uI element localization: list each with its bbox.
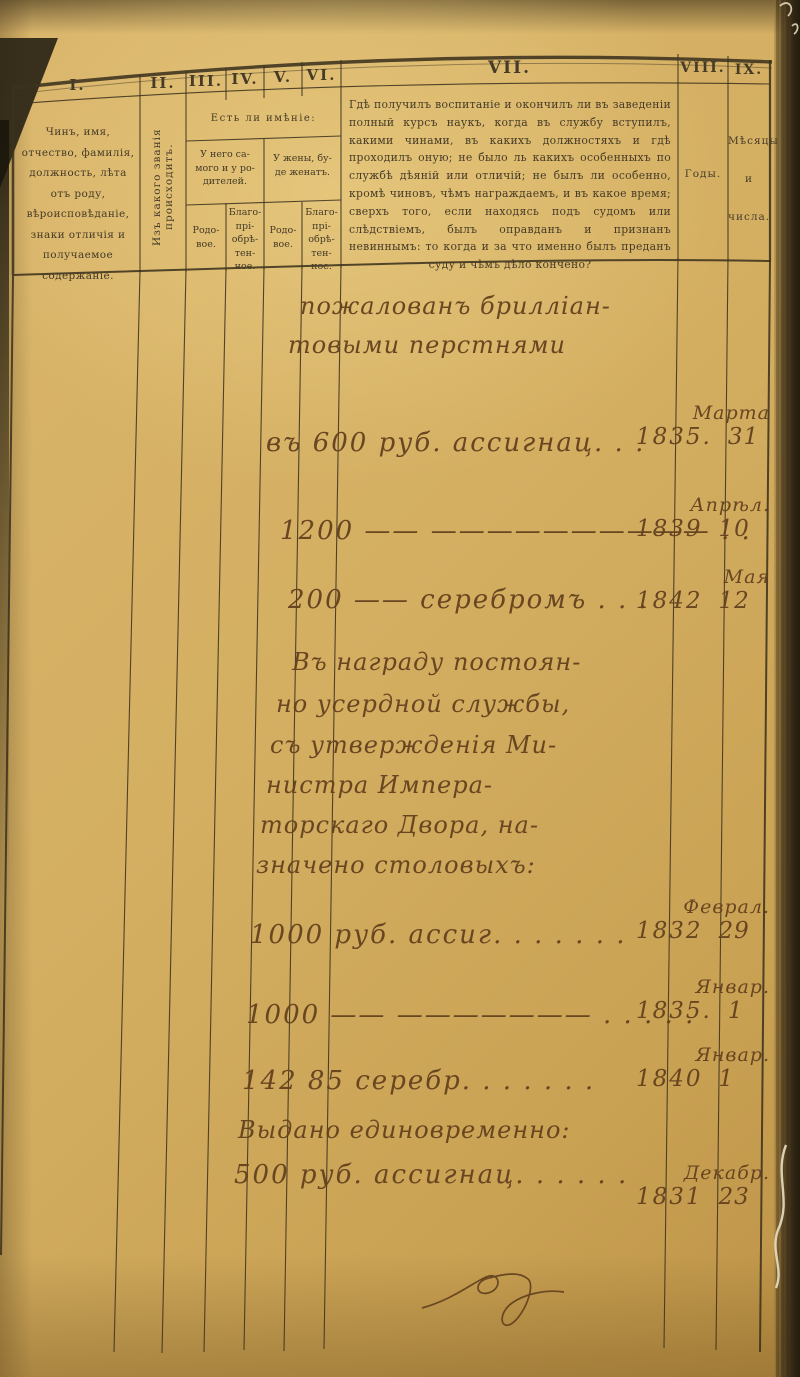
day-value: 31: [728, 424, 759, 450]
year-value: 1831: [636, 1184, 703, 1210]
column-1-header: Чинъ, имя, отчество, фамилія, должность,…: [20, 122, 136, 286]
handwritten-entry: 1000 руб. ассиг. . . . . . .: [250, 920, 627, 950]
scanned-service-record-page: I. II. III. IV. V. VI. VII. VIII. IX. Чи…: [0, 0, 800, 1377]
handwritten-entry: 142 85 серебр. . . . . . .: [242, 1066, 595, 1096]
day-value: 29: [719, 918, 750, 944]
estate-blagopriobretennoe-own: Благо- прі- обрѣ- тен- ное.: [226, 206, 264, 274]
year-value: 1839: [636, 516, 703, 542]
entry-date: Январ.1835.1: [636, 976, 778, 1024]
handwritten-entry: съ утвержденія Ми-: [270, 731, 557, 759]
estate-group-title: Есть ли имѣніе:: [186, 112, 341, 126]
year-value: 1835.: [636, 998, 712, 1024]
handwritten-entry: Выдано единовременно:: [238, 1116, 571, 1144]
month-value: Мая: [636, 566, 778, 588]
column-5-numeral: V.: [264, 68, 302, 86]
column-6-numeral: VI.: [302, 66, 341, 84]
estate-own-header: У него са- мого и у ро- дителей.: [188, 148, 262, 189]
year-value: 1835.: [636, 424, 712, 450]
entry-date: Феврал.183229: [636, 896, 778, 944]
handwritten-entry: въ 600 руб. ассигнац. . .: [266, 428, 645, 458]
day-value: 1: [728, 998, 744, 1024]
month-value: Январ.: [636, 1044, 778, 1066]
year-value: 1842: [636, 588, 703, 614]
entry-date: Апрѣл.183910: [636, 494, 778, 542]
column-2-header: Изъ какого званія происходитъ.: [140, 106, 186, 268]
column-2-header-text: Изъ какого званія происходитъ.: [151, 106, 175, 268]
column-8-numeral: VIII.: [678, 60, 728, 76]
month-value: Феврал.: [636, 896, 778, 918]
day-value: 1: [719, 1066, 735, 1092]
month-value: Марта: [636, 402, 778, 424]
year-value: 1832: [636, 918, 703, 944]
day-value: 23: [719, 1184, 750, 1210]
column-9-header: Мѣсяцы и числа.: [728, 122, 770, 236]
column-4-numeral: IV.: [226, 70, 264, 88]
month-value: Апрѣл.: [636, 494, 778, 516]
page-curl-highlight: [780, 3, 798, 34]
handwritten-entry: 200 —— серебромъ . . .: [288, 585, 649, 615]
handwritten-entry: Въ награду постоян-: [292, 648, 581, 676]
estate-wife-header: У жены, бу- де женатъ.: [266, 152, 339, 179]
column-2-numeral: II.: [140, 74, 186, 92]
handwritten-entry: товыми перстнями: [288, 331, 566, 359]
handwritten-entry: 1000 —— ——————— . . . . .: [246, 1000, 695, 1030]
month-value: Январ.: [636, 976, 778, 998]
month-value: Декабр.: [636, 1162, 778, 1184]
handwritten-entry: 500 руб. ассигнац. . . . . .: [234, 1160, 628, 1190]
day-value: 12: [719, 588, 750, 614]
estate-blagopriobretennoe-wife: Благо- прі- обрѣ- тен- ное.: [302, 206, 341, 274]
column-8-header: Годы.: [678, 168, 728, 182]
signature-flourish: [418, 1262, 568, 1342]
column-1-numeral: I.: [15, 76, 140, 94]
entry-date: Декабр.183123: [636, 1162, 778, 1210]
column-7-header: Гдѣ получилъ воспитаніе и окончилъ ли въ…: [349, 96, 671, 274]
estate-rodovoe-wife: Родо- вое.: [264, 224, 302, 251]
handwritten-entry: нистра Импера-: [266, 771, 493, 799]
entry-date: Январ.18401: [636, 1044, 778, 1092]
column-3-numeral: III.: [186, 72, 226, 90]
column-9-numeral: IX.: [728, 62, 770, 78]
entry-date: Марта1835.31: [636, 402, 778, 450]
handwritten-entry: значено столовыхъ:: [256, 851, 536, 879]
handwritten-entry: но усердной службы,: [276, 690, 570, 718]
day-value: 10: [719, 516, 750, 542]
year-value: 1840: [636, 1066, 703, 1092]
entry-date: Мая184212: [636, 566, 778, 614]
estate-rodovoe-own: Родо- вое.: [186, 224, 226, 251]
handwritten-entry: торскаго Двора, на-: [260, 811, 539, 839]
handwritten-entry: пожалованъ брилліан-: [300, 292, 611, 320]
column-7-numeral: VII.: [341, 58, 678, 78]
